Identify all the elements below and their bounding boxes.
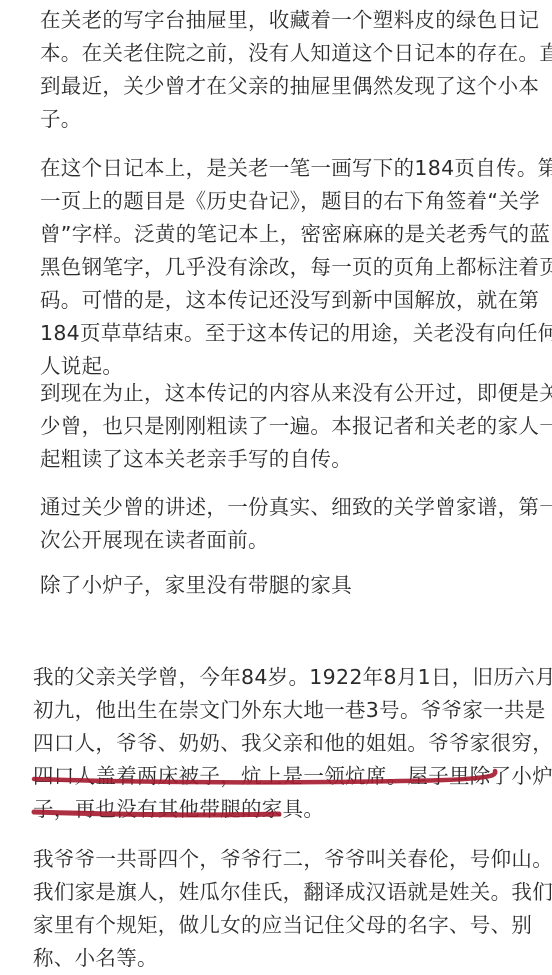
text-line: 起粗读了这本关老亲手写的自传。	[40, 443, 552, 476]
text-line: 在这个日记本上，是关老一笔一画写下的184页自传。第	[40, 152, 552, 185]
text-line: 码。可惜的是，这本传记还没写到新中国解放，就在第	[40, 284, 552, 317]
text-line: 184页草草结束。至于这本传记的用途，关老没有向任何	[40, 317, 552, 350]
text-line: 初九，他出生在崇文门外东大地一巷3号。爷爷家一共是	[33, 694, 552, 727]
text-line: 在关老的写字台抽屉里，收藏着一个塑料皮的绿色日记	[40, 4, 552, 37]
highlighted-text-line: 子，再也没有其他带腿的家具。	[33, 793, 552, 826]
text-line: 我爷爷一共哥四个，爷爷行二，爷爷叫关春伦，号仰山。	[33, 843, 552, 876]
text-line: 家里有个规矩，做儿女的应当记住父母的名字、号、别	[33, 909, 552, 942]
red-underline-annotation	[0, 0, 552, 975]
text-line: 到最近，关少曾才在父亲的抽屉里偶然发现了这个小本	[40, 70, 552, 103]
text-line: 黑色钢笔字，几乎没有涂改，每一页的页角上都标注着页	[40, 251, 552, 284]
text-line: 我们家是旗人，姓瓜尔佳氏，翻译成汉语就是姓关。我们	[33, 876, 552, 909]
section-heading: 除了小炉子，家里没有带腿的家具	[40, 569, 352, 602]
text-line: 称、小名等。	[33, 942, 552, 975]
text-line: 我的父亲关学曾，今年84岁。1922年8月1日，旧历六月	[33, 661, 552, 694]
paragraph-father-birth: 我的父亲关学曾，今年84岁。1922年8月1日，旧历六月 初九，他出生在崇文门外…	[33, 661, 552, 826]
text-line: 到现在为止，这本传记的内容从来没有公开过，即便是关	[40, 377, 552, 410]
text-line: 一页上的题目是《历史旮记》，题目的右下角签着“关学	[40, 185, 552, 218]
highlighted-text-line: 四口人盖着两床被子，炕上是一领炕席。屋子里除了小炉	[33, 760, 552, 793]
text-line: 少曾，也只是刚刚粗读了一遍。本报记者和关老的家人一	[40, 410, 552, 443]
paragraph-family-tree: 通过关少曾的讲述，一份真实、细致的关学曾家谱，第一 次公开展现在读者面前。	[40, 491, 552, 557]
paragraph-grandfather: 我爷爷一共哥四个，爷爷行二，爷爷叫关春伦，号仰山。 我们家是旗人，姓瓜尔佳氏，翻…	[33, 843, 552, 975]
paragraph-autobiography: 在这个日记本上，是关老一笔一画写下的184页自传。第 一页上的题目是《历史旮记》…	[40, 152, 552, 383]
text-line: 曾”字样。泛黄的笔记本上，密密麻麻的是关老秀气的蓝	[40, 218, 552, 251]
text-line: 次公开展现在读者面前。	[40, 524, 552, 557]
text-line: 四口人，爷爷、奶奶、我父亲和他的姐姐。爷爷家很穷，	[33, 727, 552, 760]
paragraph-never-public: 到现在为止，这本传记的内容从来没有公开过，即便是关 少曾，也只是刚刚粗读了一遍。…	[40, 377, 552, 476]
text-line: 本。在关老住院之前，没有人知道这个日记本的存在。直	[40, 37, 552, 70]
text-line: 通过关少曾的讲述，一份真实、细致的关学曾家谱，第一	[40, 491, 552, 524]
text-line: 子。	[40, 103, 552, 136]
paragraph-diary-discovery: 在关老的写字台抽屉里，收藏着一个塑料皮的绿色日记 本。在关老住院之前，没有人知道…	[40, 4, 552, 136]
